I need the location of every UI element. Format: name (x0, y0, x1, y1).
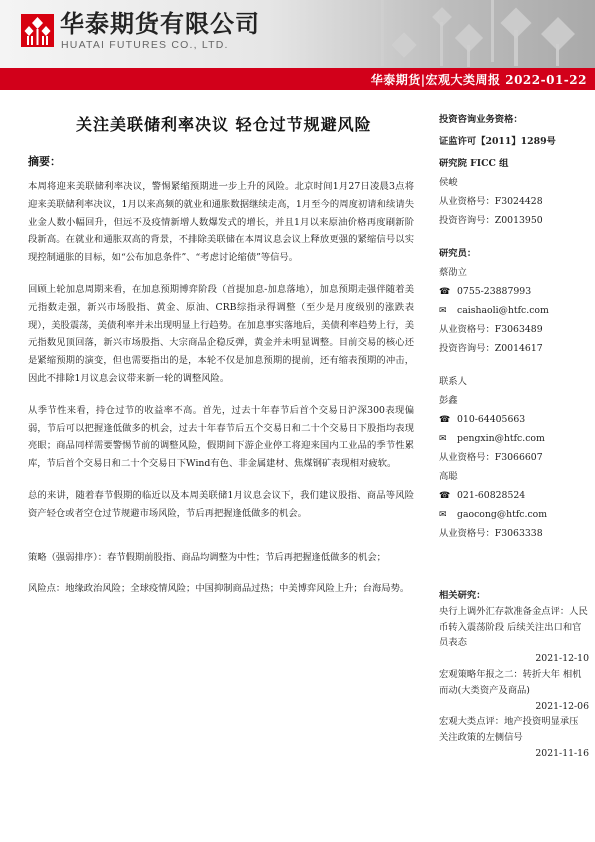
page-header: 华泰期货有限公司 HUATAI FUTURES CO., LTD. (0, 0, 595, 68)
decorative-stem (381, 0, 384, 66)
paragraph: 回顾上轮加息周期来看，在加息预期博弈阶段（首提加息-加息落地），加息预期走强伴随… (28, 281, 414, 388)
phone-icon: ☎ (439, 283, 457, 302)
researcher-practice-no: 从业资格号：F3063489 (439, 320, 579, 339)
email-icon: ✉ (439, 506, 457, 525)
decorative-stem (556, 44, 559, 66)
contact-email[interactable]: gaocong@htfc.com (457, 509, 547, 520)
lead-consult-no: 投资咨询号：Z0013950 (439, 211, 579, 230)
qualification-label: 投资咨询业务资格： (439, 110, 579, 129)
researcher-email-row: ✉caishaoli@htfc.com (439, 301, 579, 320)
abstract-label: 摘要： (28, 153, 61, 169)
decorative-stem (491, 0, 494, 62)
decorative-stem (467, 45, 470, 67)
contact-label: 联系人 (439, 372, 579, 391)
lead-name: 侯峻 (439, 173, 579, 192)
related-label: 相关研究： (439, 588, 589, 604)
phone-icon: ☎ (439, 411, 457, 430)
contact-phone-row: ☎010-64405663 (439, 410, 579, 429)
contact-practice-no: 从业资格号：F3066607 (439, 448, 579, 467)
related-item-title[interactable]: 宏观大类点评：地产投资明显承压 关注政策的左侧信号 (439, 714, 589, 746)
email-icon: ✉ (439, 430, 457, 449)
company-name-cn: 华泰期货有限公司 (60, 11, 260, 37)
contact-email-row: ✉pengxin@htfc.com (439, 429, 579, 448)
contact-phone-row: ☎021-60828524 (439, 486, 579, 505)
paragraph: 总的来讲，随着春节假期的临近以及本周美联储1月议息会议下，我们建议股指、商品等风… (28, 487, 414, 523)
company-name-en: HUATAI FUTURES CO., LTD. (61, 39, 229, 51)
phone-icon: ☎ (439, 487, 457, 506)
decorative-stem (440, 22, 443, 66)
contact-phone: 010-64405663 (457, 414, 525, 425)
contact-practice-no: 从业资格号：F3063338 (439, 524, 579, 543)
analyst-sidebar: 投资咨询业务资格： 证监许可【2011】1289号 研究院 FICC 组 侯峻 … (439, 110, 579, 543)
lead-practice-no: 从业资格号：F3024428 (439, 192, 579, 211)
paragraph: 本周将迎来美联储利率决议，警惕紧缩预期进一步上升的风险。北京时间1月27日凌晨3… (28, 178, 414, 267)
contact-email[interactable]: pengxin@htfc.com (457, 433, 545, 444)
report-banner-text: 华泰期货|宏观大类周报 2022-01-22 (371, 71, 587, 88)
contact-email-row: ✉gaocong@htfc.com (439, 505, 579, 524)
report-body: 本周将迎来美联储利率决议，警惕紧缩预期进一步上升的风险。北京时间1月27日凌晨3… (28, 178, 414, 612)
paragraph: 从季节性来看，持仓过节的收益率不高。首先，过去十年春节后首个交易日沪深300表现… (28, 402, 414, 473)
related-item-date: 2021-12-06 (439, 699, 589, 715)
decorative-diamond (391, 32, 416, 57)
researcher-phone-row: ☎0755-23887993 (439, 282, 579, 301)
related-item-title[interactable]: 宏观策略年报之二：转折大年 相机而动(大类资产及商品) (439, 667, 589, 699)
contact-phone: 021-60828524 (457, 490, 525, 501)
researcher-name: 蔡劭立 (439, 263, 579, 282)
researcher-label: 研究员： (439, 244, 579, 263)
email-icon: ✉ (439, 302, 457, 321)
decorative-stem (514, 30, 518, 66)
contact-name: 高聪 (439, 467, 579, 486)
related-item-date: 2021-11-16 (439, 746, 589, 762)
related-item-title[interactable]: 央行上调外汇存款准备金点评：人民币转入震荡阶段 后续关注出口和官员表态 (439, 604, 589, 651)
company-logo-icon (21, 14, 54, 47)
related-item-date: 2021-12-10 (439, 651, 589, 667)
strategy-text: 策略（强弱排序）：春节假期前股指、商品均调整为中性；节后再把握逢低做多的机会； (28, 549, 414, 567)
related-research: 相关研究： 央行上调外汇存款准备金点评：人民币转入震荡阶段 后续关注出口和官员表… (439, 588, 589, 762)
researcher-phone: 0755-23887993 (457, 286, 531, 297)
report-banner: 华泰期货|宏观大类周报 2022-01-22 (0, 68, 595, 90)
license-number: 证监许可【2011】1289号 (439, 132, 579, 151)
researcher-email[interactable]: caishaoli@htfc.com (457, 305, 549, 316)
report-title: 关注美联储利率决议 轻仓过节规避风险 (76, 112, 372, 135)
researcher-consult-no: 投资咨询号：Z0014617 (439, 339, 579, 358)
risk-text: 风险点：地缘政治风险；全球疫情风险；中国抑制商品过热；中美博弈风险上升；台海局势… (28, 580, 414, 598)
contact-name: 彭鑫 (439, 391, 579, 410)
research-group: 研究院 FICC 组 (439, 154, 579, 173)
